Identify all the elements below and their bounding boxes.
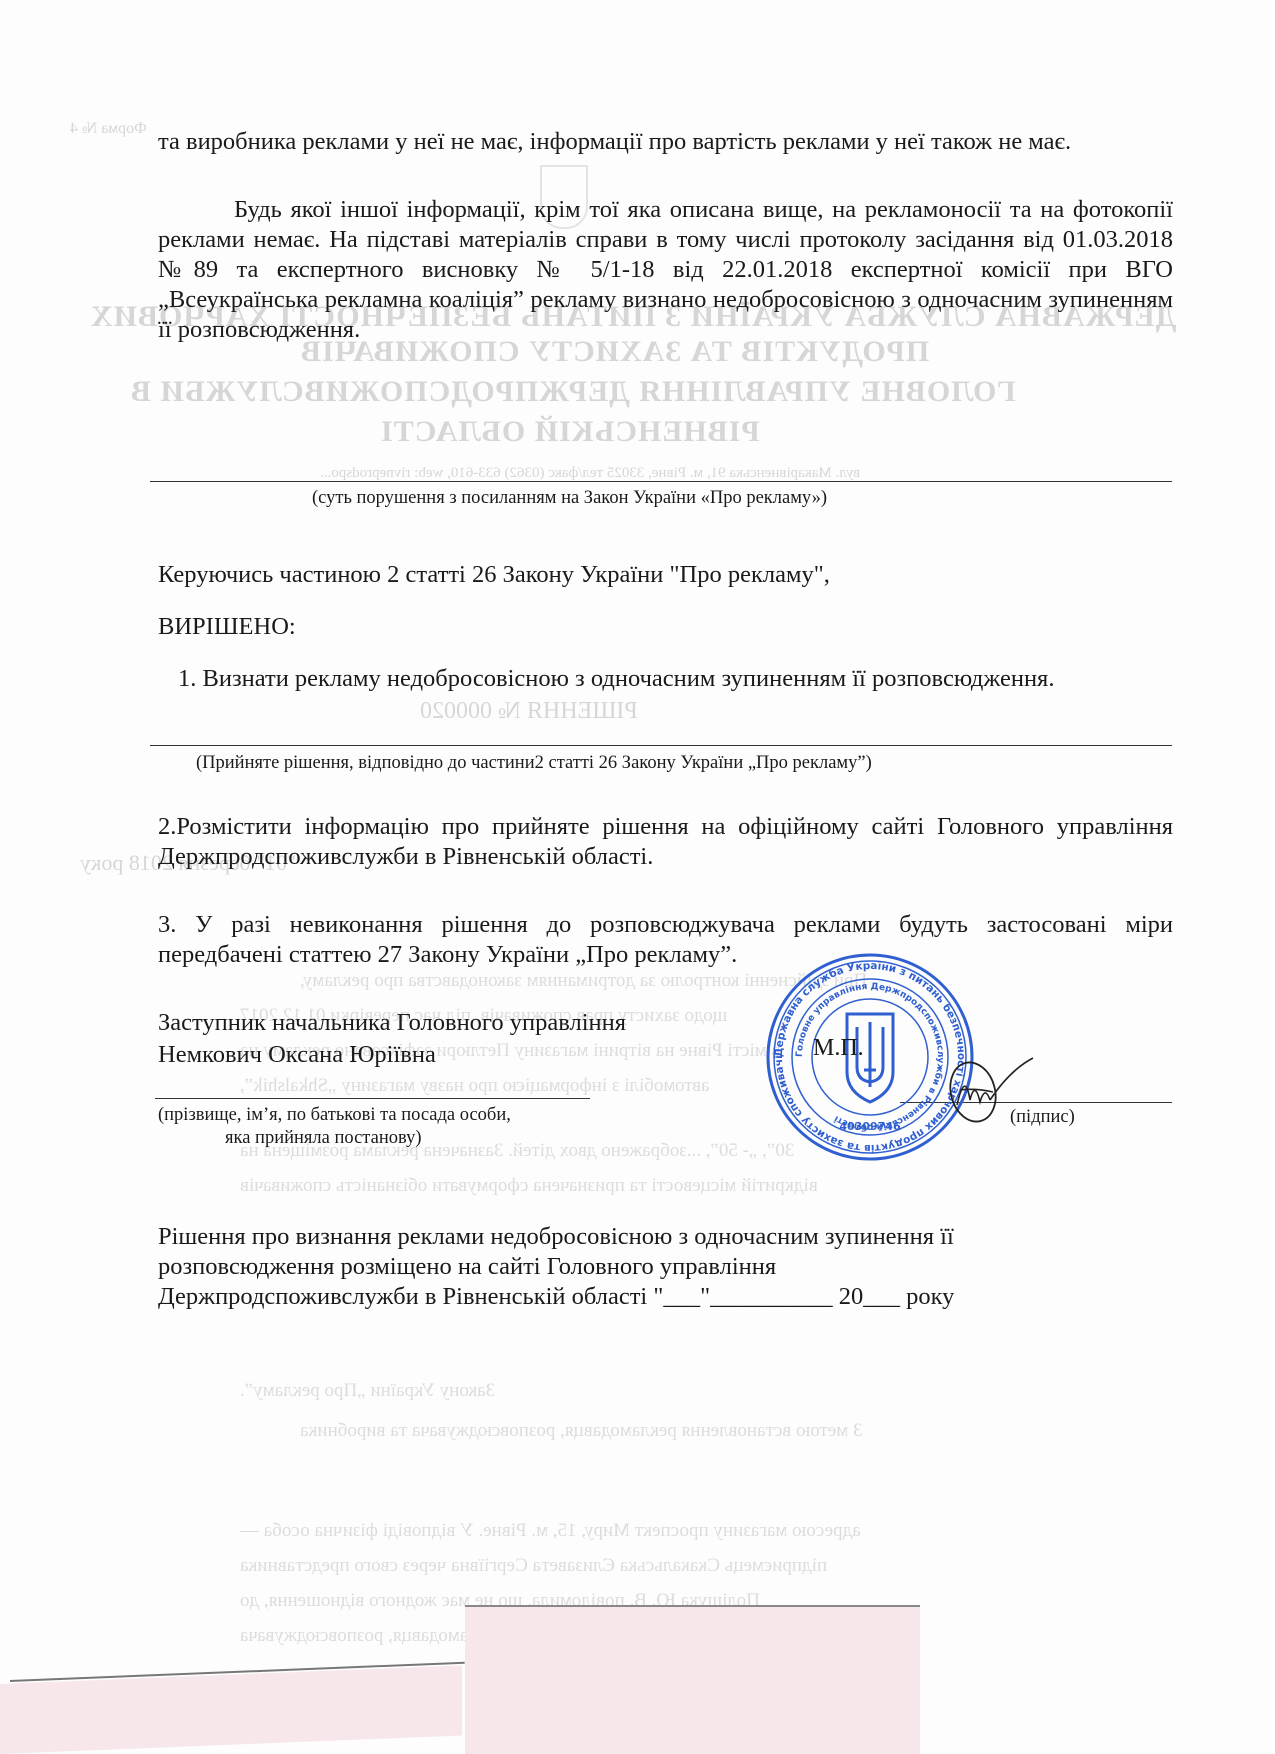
publication-note-line-2: розповсюдження розміщено на сайті Головн… [158, 1252, 1173, 1282]
signatory-position: Заступник начальника Головного управлінн… [158, 1008, 626, 1038]
decision-3-number: 3. [158, 911, 176, 938]
bleed-body-7: З метою встановлення рекламодавця, розпо… [300, 1420, 863, 1442]
publication-note-line-1: Рішення про визнання реклами недобросові… [158, 1222, 1173, 1252]
decision-rule [150, 745, 1172, 746]
bleed-decision-number: РІШЕННЯ № 000020 [420, 698, 638, 725]
paragraph-findings: Будь якої іншої інформації, крім тої яка… [158, 195, 1173, 345]
decision-3: 3. У разі невиконання рішення до розповс… [158, 910, 1173, 970]
decision-3-text: У разі невиконання рішення до розповсюдж… [158, 911, 1173, 968]
decision-1-number: 1. [178, 665, 196, 692]
decision-1: 1. Визнати рекламу недобросовісною з одн… [158, 664, 1173, 694]
pink-paper-strip-right [465, 1605, 920, 1754]
legal-basis: Керуючись частиною 2 статті 26 Закону Ук… [158, 560, 830, 590]
name-rule [155, 1098, 590, 1099]
bleed-form-label: Форма № 4 [70, 120, 147, 138]
decision-2: 2.Розмістити інформацію про прийняте ріш… [158, 812, 1173, 872]
bleed-title-4: РІВНЕНСЬКІЙ ОБЛАСТІ [380, 415, 760, 449]
stamp-code: 40309746 [839, 1120, 901, 1133]
bleed-title-3: ГОЛОВНЕ УПРАВЛІННЯ ДЕРЖПРОДСПОЖИВСЛУЖБИ … [130, 375, 1016, 409]
caption-violation-essence: (суть порушення з посиланням на Закон Ук… [312, 487, 827, 509]
bleed-body-6: Закону України „Про рекламу”. [240, 1380, 495, 1402]
caption-decision-taken: (Прийняте рішення, відповідно до частини… [196, 752, 872, 774]
violation-rule [150, 481, 1172, 482]
paragraph-intro: та виробника реклами у неї не має, інфор… [158, 127, 1173, 157]
decision-2-number: 2. [158, 813, 176, 840]
bleed-body-3: автомобілі з інформацією про назву магаз… [240, 1075, 710, 1097]
decision-2-text: Розмістити інформацію про прийняте рішен… [158, 813, 1173, 870]
bleed-body-9: підприємець Скакальська Єлизавета Сергії… [240, 1555, 827, 1577]
caption-official-name: (прізвище, ім’я, по батькові та посада о… [158, 1104, 511, 1126]
resolved-heading: ВИРІШЕНО: [158, 612, 296, 642]
publication-note-line-3: Держпродспоживслужби в Рівненській облас… [158, 1282, 1173, 1312]
signatory-name: Немкович Оксана Юріївна [158, 1040, 436, 1070]
caption-official-name-2: яка прийняла постанову) [225, 1127, 422, 1149]
bleed-body-8: адресою магазину проспект Миру, 15, м. Р… [240, 1520, 861, 1542]
bleed-address: вул. Макарівненська 91, м. Рівне, 33025 … [320, 465, 860, 482]
handwritten-signature [935, 1050, 1035, 1130]
publication-note: Рішення про визнання реклами недобросові… [158, 1222, 1173, 1312]
decision-1-text: Визнати рекламу недобросовісною з одноча… [203, 665, 1055, 692]
seal-label: М.П. [813, 1035, 864, 1062]
bleed-body-5: відкритій місцевості та призначена сформ… [240, 1175, 818, 1197]
